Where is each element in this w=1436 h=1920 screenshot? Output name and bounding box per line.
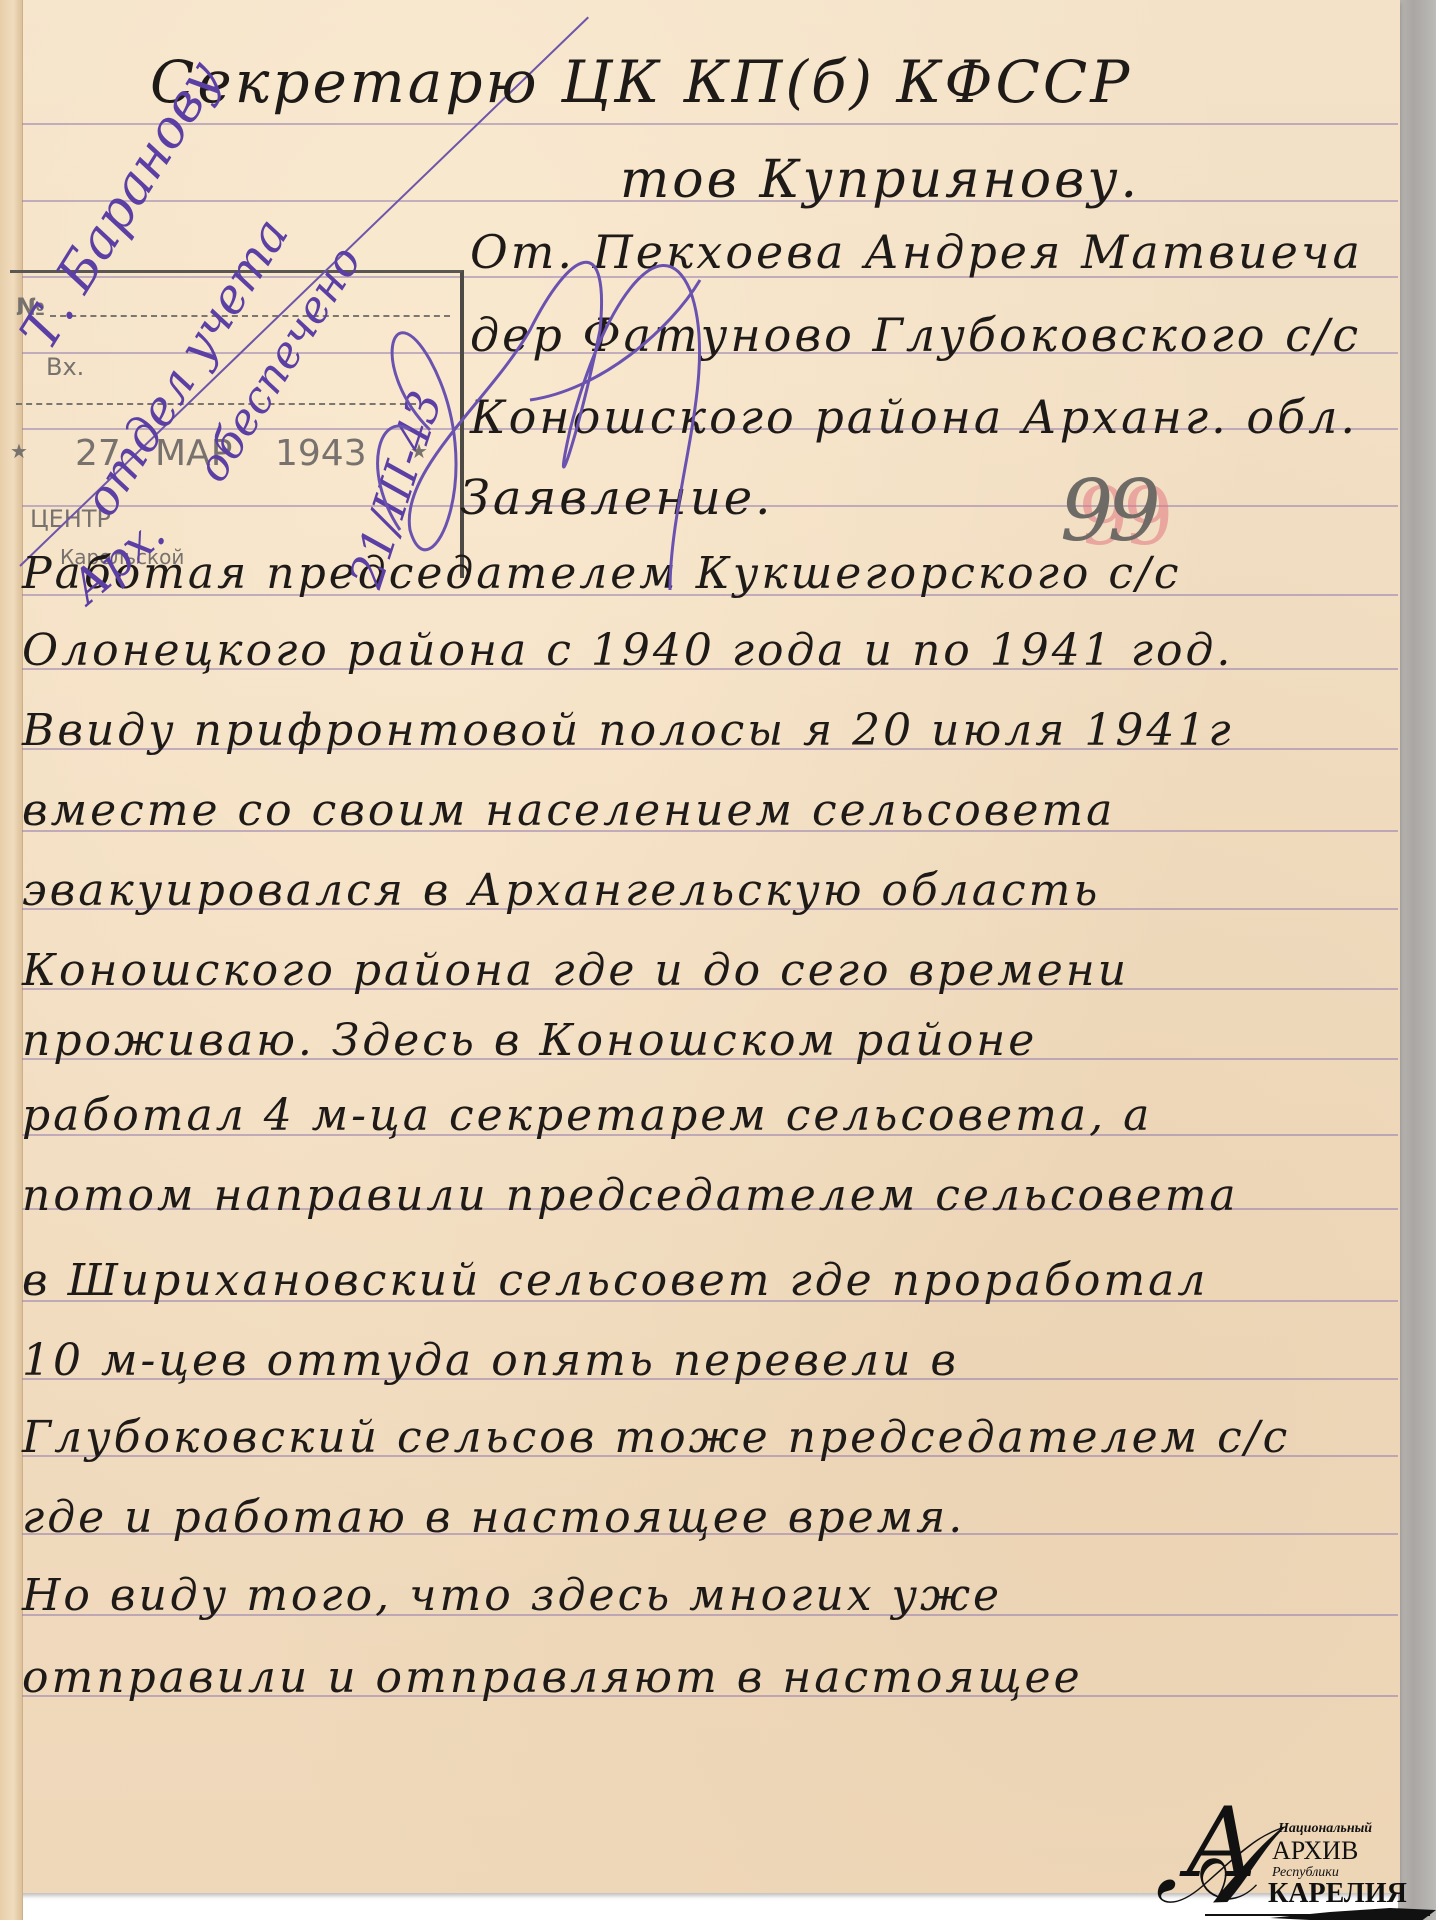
body-line: Коношского района где и до сего времени bbox=[22, 945, 1129, 996]
watermark-monogram: А bbox=[1185, 1795, 1258, 1891]
addressee-line-1: Секретарю ЦК КП(б) КФССР bbox=[150, 48, 1132, 116]
body-line: 10 м-цев оттуда опять перевели в bbox=[22, 1335, 959, 1386]
body-line: Ввиду прифронтовой полосы я 20 июля 1941… bbox=[22, 705, 1234, 756]
body-line: потом направили председателем сельсовета bbox=[22, 1170, 1239, 1221]
star-icon: ★ bbox=[10, 439, 28, 463]
page-number: 99 bbox=[1060, 462, 1155, 560]
body-line: Но виду того, что здесь многих уже bbox=[22, 1570, 1002, 1621]
letter-page: № Вх. ★ 27 МАР 1943 ★ ЦЕНТР Карельской С… bbox=[0, 0, 1400, 1893]
watermark-line-1: Национальный bbox=[1278, 1822, 1372, 1836]
body-line: где и работаю в настоящее время. bbox=[22, 1492, 965, 1543]
body-line: в Ширихановский сельсовет где проработал bbox=[22, 1255, 1208, 1306]
stamp-date-year: 1943 bbox=[275, 433, 367, 474]
body-line: вместе со своим населением сельсовета bbox=[22, 785, 1115, 836]
body-line: Глубоковский сельсов тоже председателем … bbox=[22, 1412, 1290, 1463]
watermark-line-2: АРХИВ bbox=[1272, 1838, 1358, 1864]
scanner-edge bbox=[1398, 0, 1436, 1920]
watermark-line-4: КАРЕЛИЯ bbox=[1268, 1880, 1407, 1908]
ruled-line bbox=[22, 123, 1398, 125]
body-line: эвакуировался в Архангельскую область bbox=[22, 865, 1100, 916]
body-line: работал 4 м-ца секретарем сельсовета, а bbox=[22, 1090, 1152, 1141]
stamp-incoming-label: Вх. bbox=[46, 353, 84, 381]
body-line: проживаю. Здесь в Коношском районе bbox=[22, 1015, 1037, 1066]
signature-scribble-icon bbox=[370, 170, 840, 650]
quill-feather-icon bbox=[1270, 1908, 1436, 1920]
body-line: отправили и отправляют в настоящее bbox=[22, 1652, 1083, 1703]
archive-watermark: 𝒜 А Национальный АРХИВ Республики КАРЕЛИ… bbox=[1150, 1800, 1436, 1920]
stamp-field-line bbox=[16, 403, 416, 407]
